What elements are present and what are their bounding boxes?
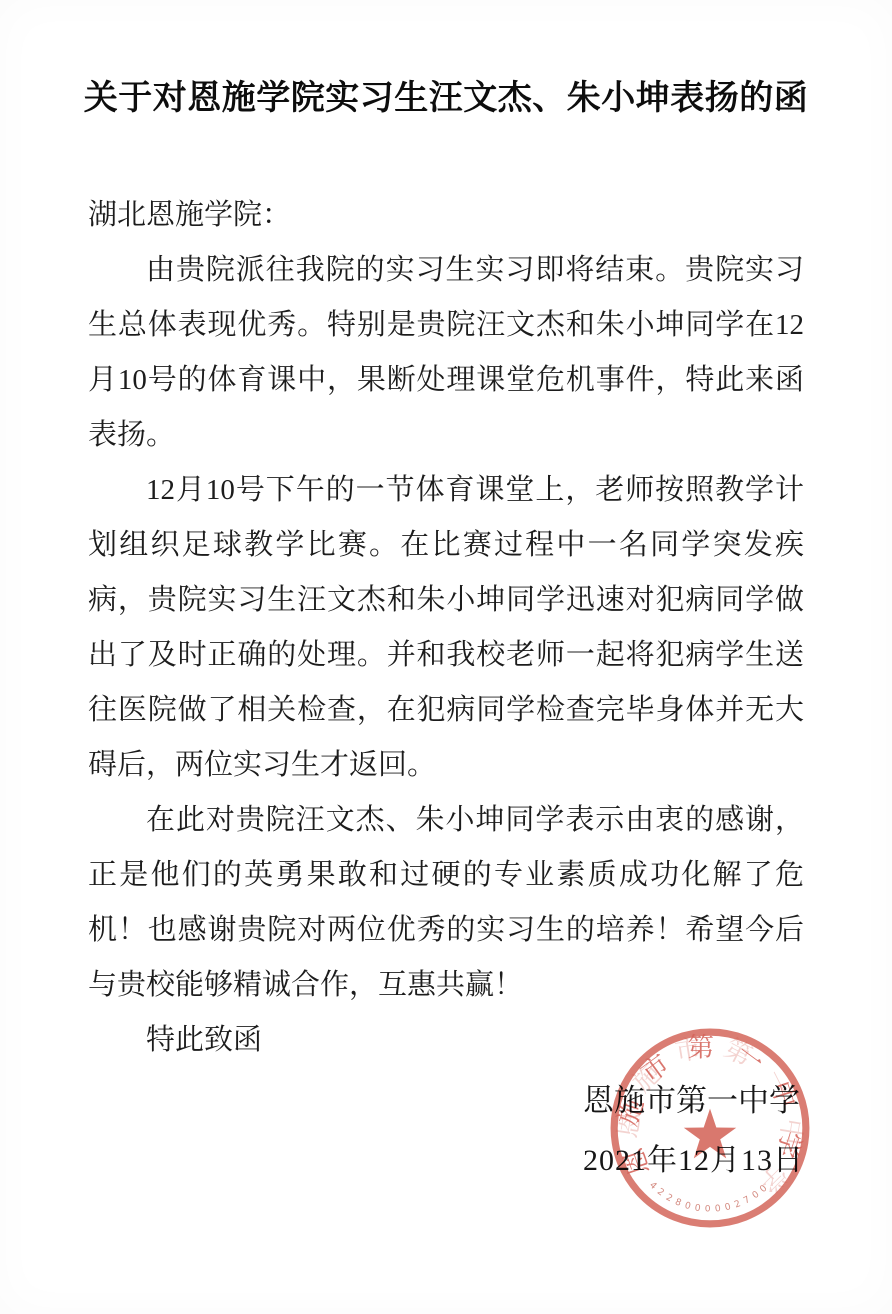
signature-block: 恩施市第一中学 2021年12月13日 (583, 1082, 798, 1180)
paragraph-1: 由贵院派往我院的实习生实习即将结束。贵院实习生总体表现优秀。特别是贵院汪文杰和朱… (88, 243, 804, 463)
seal-code-arc-text: 4228000002700 (647, 1180, 773, 1215)
paragraph-2: 12月10号下午的一节体育课堂上，老师按照教学计划组织足球教学比赛。在比赛过程中… (88, 463, 804, 793)
signature-org: 恩施市第一中学 (583, 1082, 798, 1120)
paragraph-3: 在此对贵院汪文杰、朱小坤同学表示由衷的感谢，正是他们的英勇果敢和过硬的专业素质成… (88, 793, 804, 1013)
closing-phrase: 特此致函 (88, 1013, 804, 1068)
letter-page: 关于对恩施学院实习生汪文杰、朱小坤表扬的函 湖北恩施学院： 由贵院派往我院的实习… (0, 0, 892, 1314)
letter-title: 关于对恩施学院实习生汪文杰、朱小坤表扬的函 (0, 0, 892, 122)
salutation: 湖北恩施学院： (88, 188, 804, 243)
signature-date: 2021年12月13日 (583, 1142, 798, 1180)
letter-body: 湖北恩施学院： 由贵院派往我院的实习生实习即将结束。贵院实习生总体表现优秀。特别… (0, 188, 892, 1068)
